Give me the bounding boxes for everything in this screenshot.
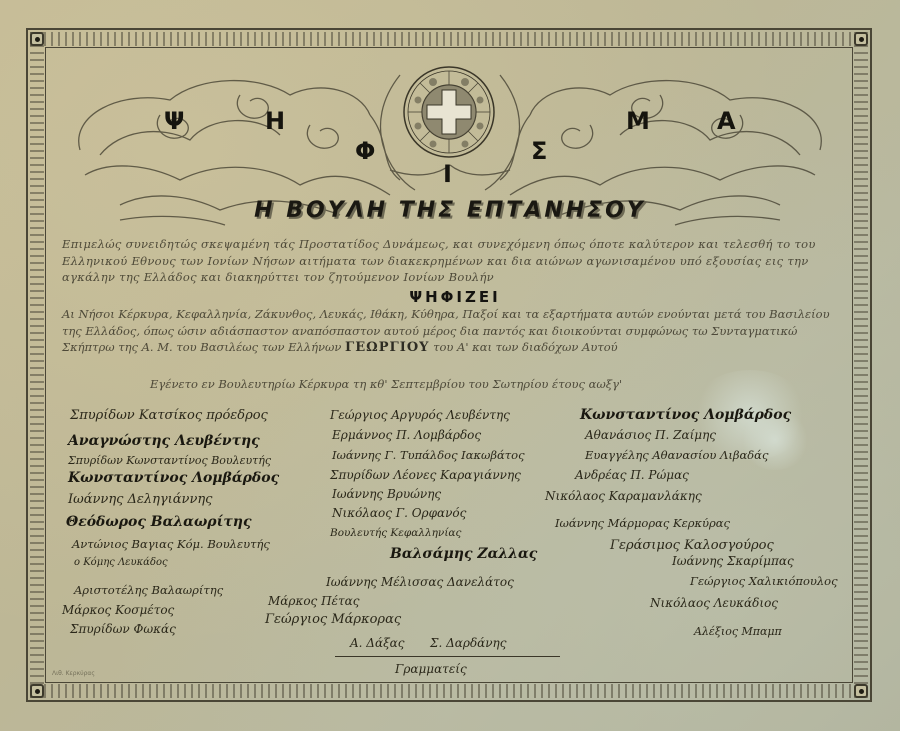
signature: Αλέξιος Μπαμπ	[694, 625, 782, 638]
corner-ornament-icon	[30, 684, 44, 698]
signature: Βαλσάμης Ζαλλας	[390, 546, 537, 562]
signature: Ιωάννης Δεληγιάννης	[68, 492, 212, 507]
heading-letter: Α	[717, 107, 736, 135]
signature: Ιωάννης Μάρμορας Κερκύρας	[555, 516, 730, 530]
signature: Βουλευτής Κεφαλληνίας	[330, 527, 461, 539]
signature: Γεώργιος Χαλικιόπουλος	[690, 574, 838, 588]
signature-underline	[335, 656, 560, 657]
signature: Ανδρέας Π. Ρώμας	[575, 468, 689, 482]
cross-seal-icon	[401, 64, 497, 160]
heading-letter: Ψ	[164, 107, 184, 135]
heading-letter: Ι	[443, 160, 452, 188]
signature: Κωνσταντίνος Λομβάρδος	[580, 407, 791, 423]
signature: Ιωάννης Βρυώνης	[332, 487, 441, 501]
signature: Γεράσιμος Καλοσγούρος	[610, 538, 774, 553]
signature: Σπυρίδων Λέονες Καραγιάννης	[330, 468, 521, 482]
document-subtitle: Η ΒΟΥΛΗ ΤΗΣ ΕΠΤΑΝΗΣΟΥ	[225, 198, 675, 223]
resolution-body: Αι Νήσοι Κέρκυρα, Κεφαλληνία, Ζάκυνθος, …	[62, 306, 832, 357]
signature: Ερμάννος Π. Λομβάρδος	[332, 428, 481, 442]
heading-letter: Μ	[626, 107, 650, 135]
decree-heading: ΨΗΦΙΖΕΙ	[380, 288, 530, 306]
signature: Αντώνιος Βαγιας Κόμ. Βουλευτής	[72, 537, 270, 551]
signature: Θεόδωρος Βαλαωρίτης	[66, 514, 252, 530]
king-name: ΓΕΩΡΓΙΟΥ	[345, 340, 429, 355]
signature: Μάρκος Πέτας	[268, 594, 359, 608]
signature: Γεώργιος Αργυρός Λευβέντης	[330, 408, 510, 422]
secretaries-label: Γραμματείς	[395, 662, 467, 676]
signature: Σπυρίδων Κωνσταντίνος Βουλευτής	[68, 454, 271, 467]
heading-letter: Σ	[531, 137, 547, 165]
signature: Αριστοτέλης Βαλαωρίτης	[74, 583, 223, 597]
signature: Γεώργιος Μάρκορας	[265, 612, 401, 627]
signature: Ιωάννης Γ. Τυπάλδος Ιακωβάτος	[332, 448, 525, 462]
signature: Αθανάσιος Π. Ζαίμης	[585, 428, 716, 442]
preamble-text: Επιμελώς συνειδητώς σκεψαμένη τάς Προστα…	[62, 236, 832, 286]
resolution-body-end: και των διαδόχων Αυτού	[472, 340, 617, 354]
secretary-signature: Α. Δάξας	[350, 636, 405, 650]
signature: Ευαγγέλης Αθανασίου Λιβαδάς	[585, 448, 768, 462]
signature: Μάρκος Κοσμέτος	[62, 603, 174, 617]
signature: Νικόλαος Λευκάδιος	[650, 596, 778, 610]
signature: Ιωάννης Μέλισσας Δανελάτος	[326, 575, 514, 589]
dateline: Εγένετο εν Βουλευτηρίω Κέρκυρα τη κθ' Σε…	[150, 377, 770, 391]
king-suffix: του Α'	[433, 340, 468, 354]
corner-ornament-icon	[30, 32, 44, 46]
signature: Νικόλαος Γ. Ορφανός	[332, 506, 466, 520]
signature: Κωνσταντίνος Λομβάρδος	[68, 470, 279, 486]
corner-ornament-icon	[854, 684, 868, 698]
signature: Ιωάννης Σκαρίμπας	[672, 554, 794, 568]
signature: Σπυρίδων Κατσίκος πρόεδρος	[70, 408, 268, 423]
printer-note: Λιθ. Κερκύρας	[52, 670, 95, 677]
corner-ornament-icon	[854, 32, 868, 46]
signature: Νικόλαος Καραμανλάκης	[545, 489, 702, 503]
signature: Αναγνώστης Λευβέντης	[68, 433, 260, 449]
signature: Σπυρίδων Φωκάς	[70, 622, 176, 636]
heading-letter: Η	[265, 107, 285, 135]
heading-letter: Φ	[355, 137, 375, 165]
signature: ο Κόμης Λευκάδος	[74, 557, 168, 568]
secretary-signature: Σ. Δαρδάνης	[430, 636, 506, 650]
